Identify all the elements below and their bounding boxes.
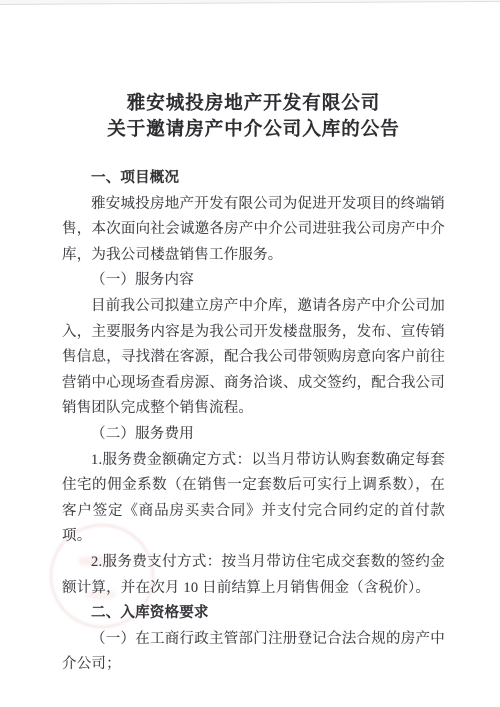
paragraph-qualification-item1: （一）在工商行政主管部门注册登记合法合规的房产中介公司； [62, 627, 445, 678]
subheading-service-fees: （二）服务费用 [62, 422, 445, 448]
document-title-line2: 关于邀请房产中介公司入库的公告 [62, 117, 445, 143]
document-content: 雅安城投房地产开发有限公司 关于邀请房产中介公司入库的公告 一、项目概况 雅安城… [62, 91, 445, 678]
document-title-line1: 雅安城投房地产开发有限公司 [62, 91, 445, 117]
subheading-service-content: （一）服务内容 [62, 268, 445, 294]
scanned-document-page: 雅安城投房地产开发有限公司 关于邀请房产中介公司入库的公告 一、项目概况 雅安城… [0, 0, 500, 707]
section-heading-project-overview: 一、项目概况 [62, 166, 445, 192]
document-body: 一、项目概况 雅安城投房地产开发有限公司为促进开发项目的终端销售，本次面向社会诚… [62, 166, 445, 678]
paragraph-project-overview: 雅安城投房地产开发有限公司为促进开发项目的终端销售，本次面向社会诚邀各房产中介公… [62, 192, 445, 269]
paragraph-service-content: 目前我公司拟建立房产中介库，邀请各房产中介公司加入，主要服务内容是为我公司开发楼… [62, 294, 445, 422]
paragraph-fee-payment-method: 2.服务费支付方式：按当月带访住宅成交套数的签约金额计算，并在次月 10 日前结… [62, 550, 445, 601]
scan-top-edge-artifact [0, 0, 500, 5]
section-heading-qualification-requirements: 二、入库资格要求 [62, 601, 445, 627]
paragraph-fee-amount-method: 1.服务费金额确定方式：以当月带访认购套数确定每套住宅的佣金系数（在销售一定套数… [62, 448, 445, 550]
